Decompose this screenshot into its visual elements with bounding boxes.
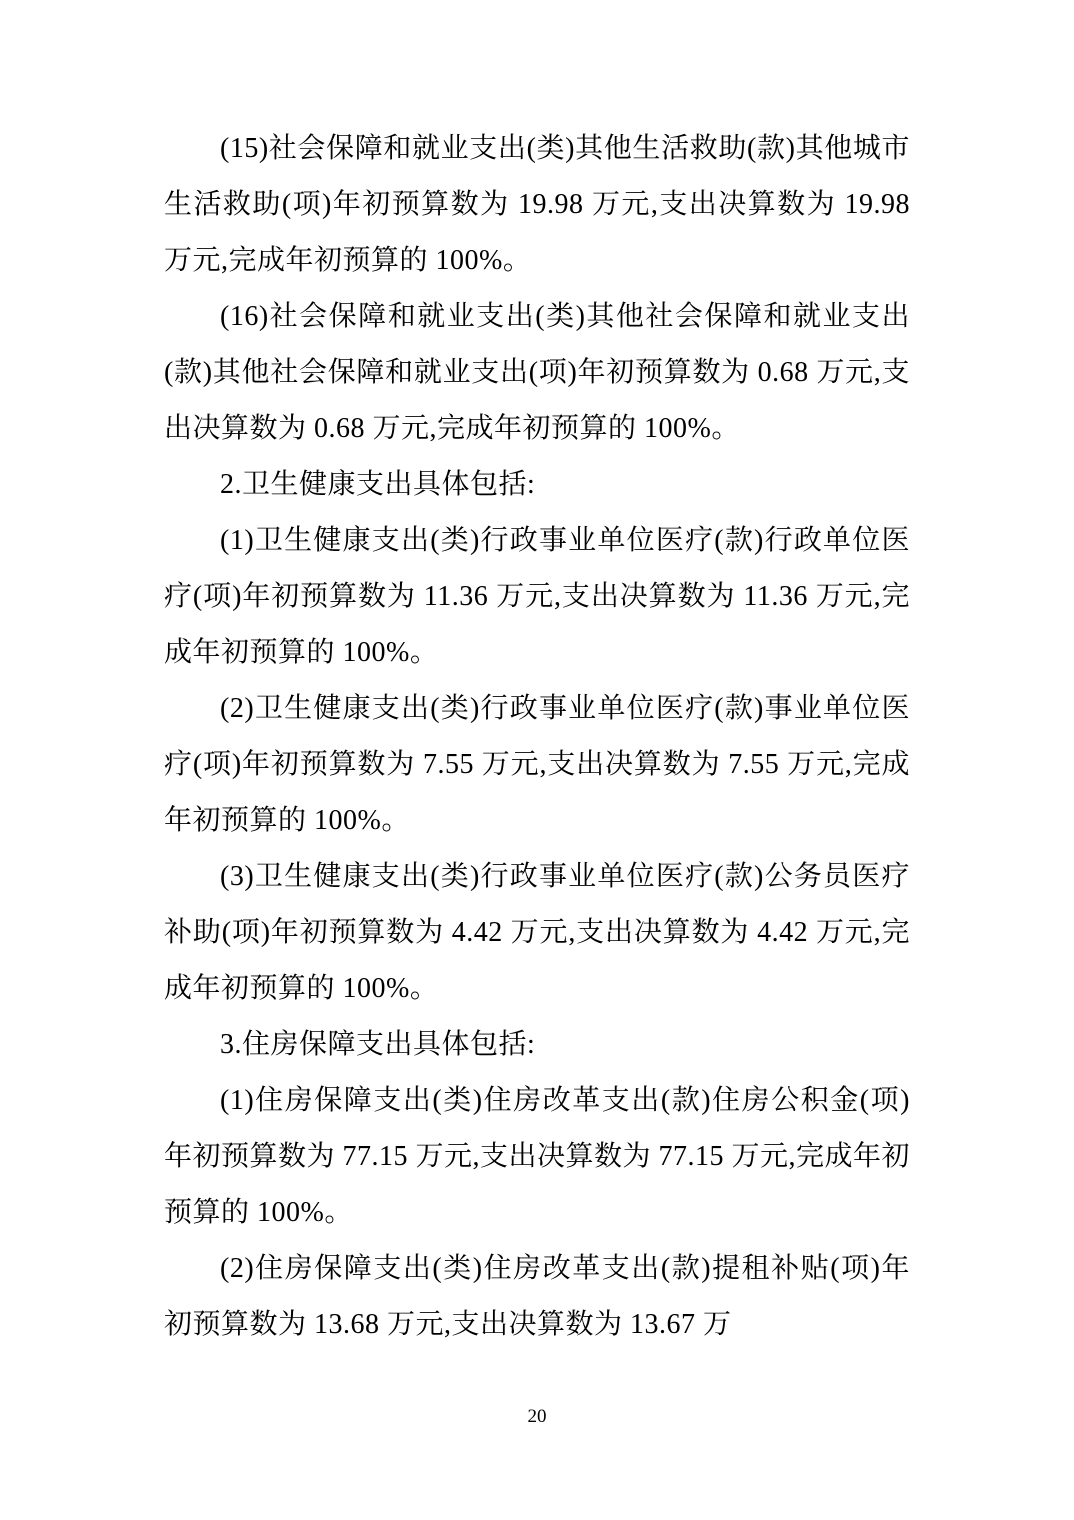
document-page: (15)社会保障和就业支出(类)其他生活救助(款)其他城市生活救助(项)年初预算…	[0, 0, 1074, 1520]
page-number: 20	[0, 1402, 1074, 1432]
section-heading-housing-expenditure: 3.住房保障支出具体包括:	[164, 1017, 910, 1073]
paragraph-social-security-item-15: (15)社会保障和就业支出(类)其他生活救助(款)其他城市生活救助(项)年初预算…	[164, 121, 910, 289]
paragraph-health-item-1: (1)卫生健康支出(类)行政事业单位医疗(款)行政单位医疗(项)年初预算数为 1…	[164, 513, 910, 681]
paragraph-housing-item-2: (2)住房保障支出(类)住房改革支出(款)提租补贴(项)年初预算数为 13.68…	[164, 1241, 910, 1353]
paragraph-health-item-2: (2)卫生健康支出(类)行政事业单位医疗(款)事业单位医疗(项)年初预算数为 7…	[164, 681, 910, 849]
paragraph-social-security-item-16: (16)社会保障和就业支出(类)其他社会保障和就业支出(款)其他社会保障和就业支…	[164, 289, 910, 457]
document-body: (15)社会保障和就业支出(类)其他生活救助(款)其他城市生活救助(项)年初预算…	[164, 121, 910, 1353]
section-heading-health-expenditure: 2.卫生健康支出具体包括:	[164, 457, 910, 513]
paragraph-housing-item-1: (1)住房保障支出(类)住房改革支出(款)住房公积金(项)年初预算数为 77.1…	[164, 1073, 910, 1241]
paragraph-health-item-3: (3)卫生健康支出(类)行政事业单位医疗(款)公务员医疗补助(项)年初预算数为 …	[164, 849, 910, 1017]
